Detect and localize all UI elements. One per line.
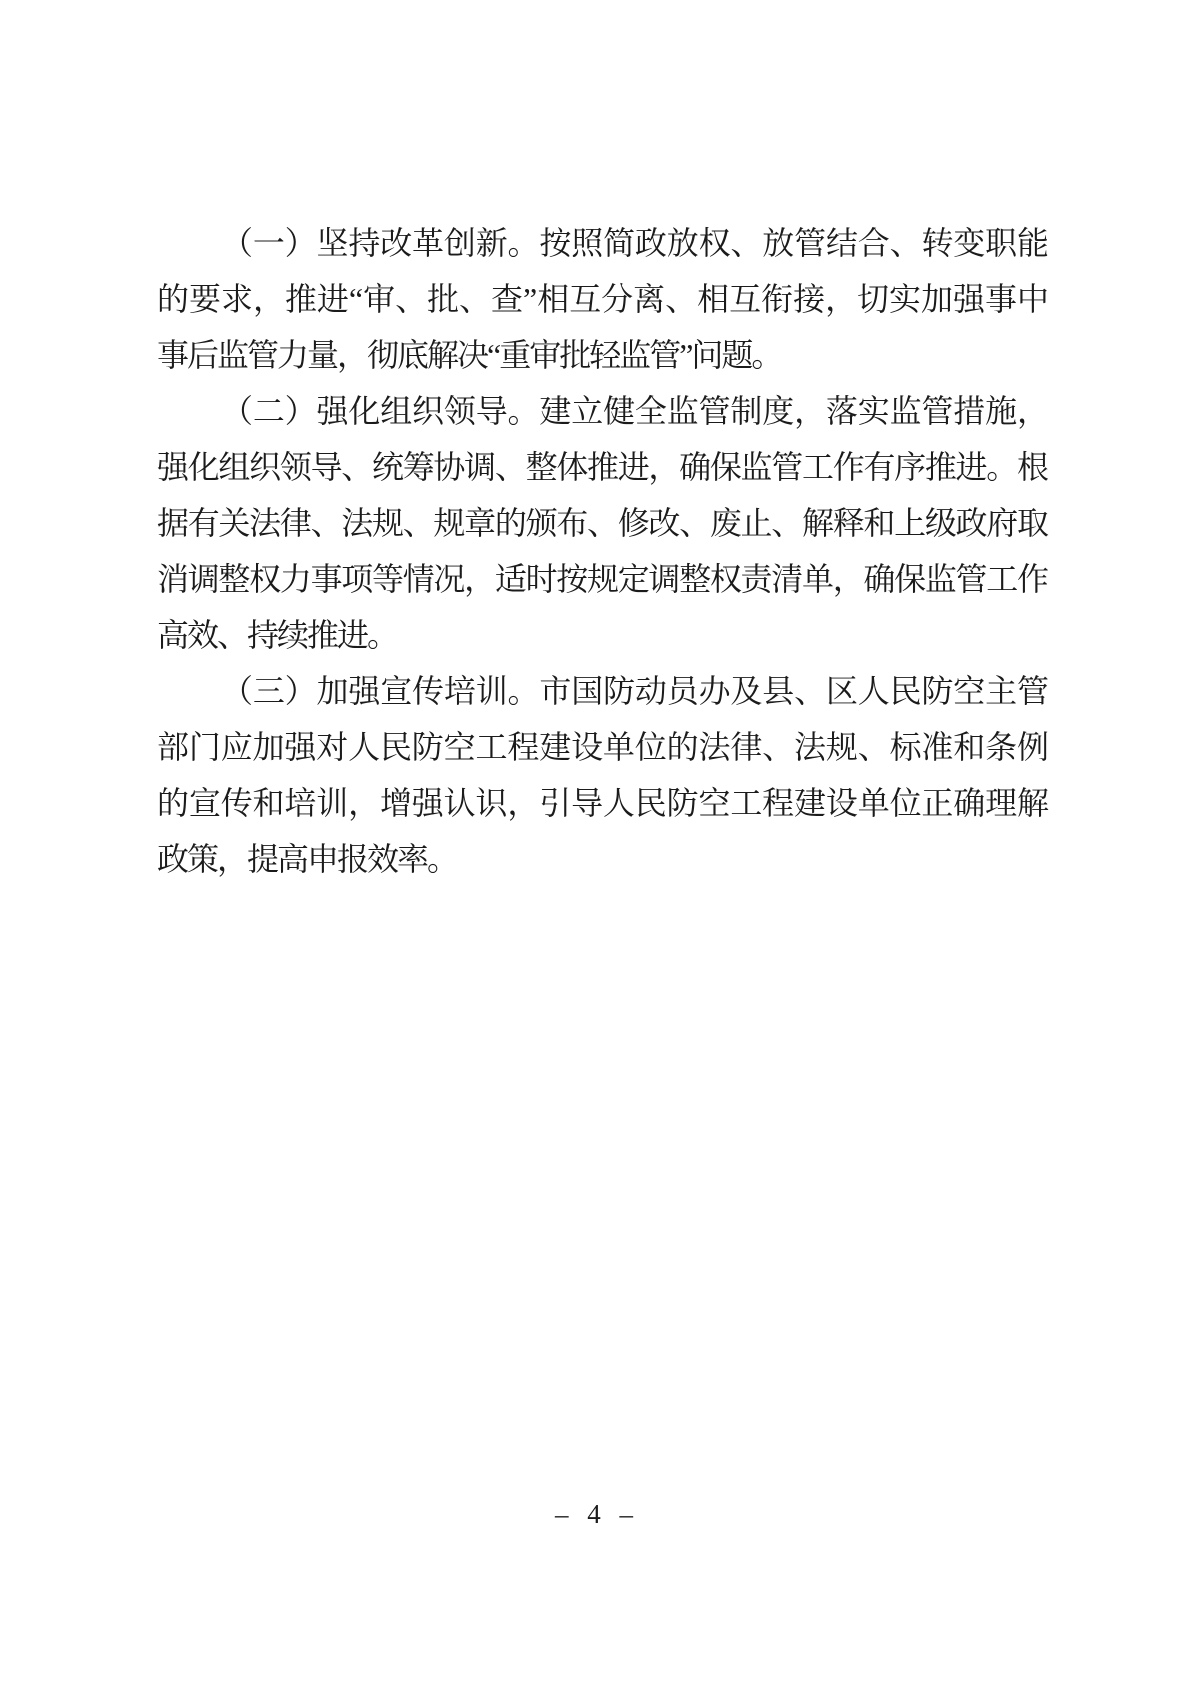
text-line: 强化组织领导、统筹协调、整体推进，确保监管工作有序推进。根 (157, 439, 1047, 495)
page-number: – 4 – (0, 1497, 1190, 1531)
text-line: 据有关法律、法规、规章的颁布、修改、废止、解释和上级政府取 (157, 495, 1047, 551)
document-page: （一）坚持改革创新。按照简政放权、放管结合、转变职能 的要求，推进“审、批、查”… (0, 0, 1190, 1683)
text-line: 消调整权力事项等情况，适时按规定调整权责清单，确保监管工作 (157, 551, 1047, 607)
text-line: 部门应加强对人民防空工程建设单位的法律、法规、标准和条例 (157, 719, 1047, 775)
text-line: 的宣传和培训，增强认识，引导人民防空工程建设单位正确理解 (157, 775, 1047, 831)
text-line: （二）强化组织领导。建立健全监管制度，落实监管措施， (157, 383, 1047, 439)
text-line: 政策，提高申报效率。 (157, 831, 1047, 887)
text-line: 事后监管力量，彻底解决“重审批轻监管”问题。 (157, 327, 1047, 383)
paragraph-3: （三）加强宣传培训。市国防动员办及县、区人民防空主管 部门应加强对人民防空工程建… (157, 663, 1047, 887)
text-line: （三）加强宣传培训。市国防动员办及县、区人民防空主管 (157, 663, 1047, 719)
paragraph-2: （二）强化组织领导。建立健全监管制度，落实监管措施， 强化组织领导、统筹协调、整… (157, 383, 1047, 663)
text-line: 高效、持续推进。 (157, 607, 1047, 663)
text-line: （一）坚持改革创新。按照简政放权、放管结合、转变职能 (157, 215, 1047, 271)
paragraph-1: （一）坚持改革创新。按照简政放权、放管结合、转变职能 的要求，推进“审、批、查”… (157, 215, 1047, 383)
text-line: 的要求，推进“审、批、查”相互分离、相互衔接，切实加强事中 (157, 271, 1047, 327)
document-body: （一）坚持改革创新。按照简政放权、放管结合、转变职能 的要求，推进“审、批、查”… (157, 215, 1047, 887)
